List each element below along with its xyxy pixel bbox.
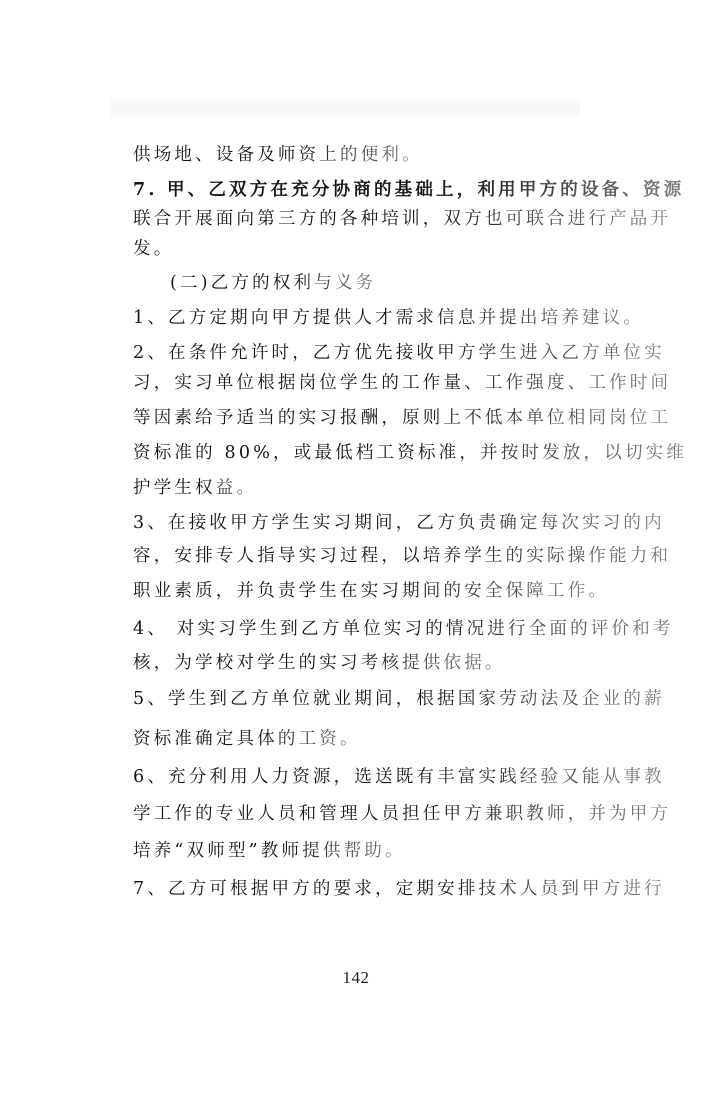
text-line-14: 职业素质，并负责学生在实习期间的安全保障工作。	[133, 580, 609, 602]
document-page: 供场地、设备及师资上的便利。 7. 甲、乙双方在充分协商的基础上，利用甲方的设备…	[0, 0, 712, 1104]
text-line-17: 5、学生到乙方单位就业期间，根据国家劳动法及企业的薪	[133, 688, 665, 710]
text-line-19: 6、充分利用人力资源，选送既有丰富实践经验又能从事教	[133, 766, 665, 788]
text-line-7: 2、在条件允许时，乙方优先接收甲方学生进入乙方单位实	[133, 342, 665, 364]
text-line-4: 发。	[133, 238, 174, 260]
text-line-12: 3、在接收甲方学生实习期间，乙方负责确定每次实习的内	[133, 512, 665, 534]
page-number: 142	[0, 968, 712, 988]
text-line-22: 7、乙方可根据甲方的要求，定期安排技术人员到甲方进行	[133, 878, 665, 900]
text-line-1: 供场地、设备及师资上的便利。	[133, 144, 423, 166]
text-line-3: 联合开展面向第三方的各种培训，双方也可联合进行产品开	[133, 208, 671, 230]
text-line-2: 7. 甲、乙双方在充分协商的基础上，利用甲方的设备、资源	[133, 179, 684, 201]
text-line-15: 4、 对实习学生到乙方单位实习的情况进行全面的评价和考	[133, 618, 674, 640]
text-line-10: 资标准的 80%，或最低档工资标准，并按时发放，以切实维	[133, 442, 687, 464]
text-line-13: 容，安排专人指导实习过程，以培养学生的实际操作能力和	[133, 545, 671, 567]
section-heading: (二)乙方的权利与义务	[170, 272, 376, 294]
text-line-20: 学工作的专业人员和管理人员担任甲方兼职教师，并为甲方	[133, 803, 671, 825]
text-line-21: 培养“双师型”教师提供帮助。	[133, 840, 406, 862]
text-line-9: 等因素给予适当的实习报酬，原则上不低本单位相同岗位工	[133, 407, 671, 429]
text-line-16: 核，为学校对学生的实习考核提供依据。	[133, 652, 506, 674]
scan-artifact	[110, 96, 580, 120]
text-line-18: 资标准确定具体的工资。	[133, 728, 361, 750]
text-line-11: 护学生权益。	[133, 477, 257, 499]
text-line-8: 习，实习单位根据岗位学生的工作量、工作强度、工作时间	[133, 372, 671, 394]
text-line-6: 1、乙方定期向甲方提供人才需求信息并提出培养建议。	[133, 307, 644, 329]
